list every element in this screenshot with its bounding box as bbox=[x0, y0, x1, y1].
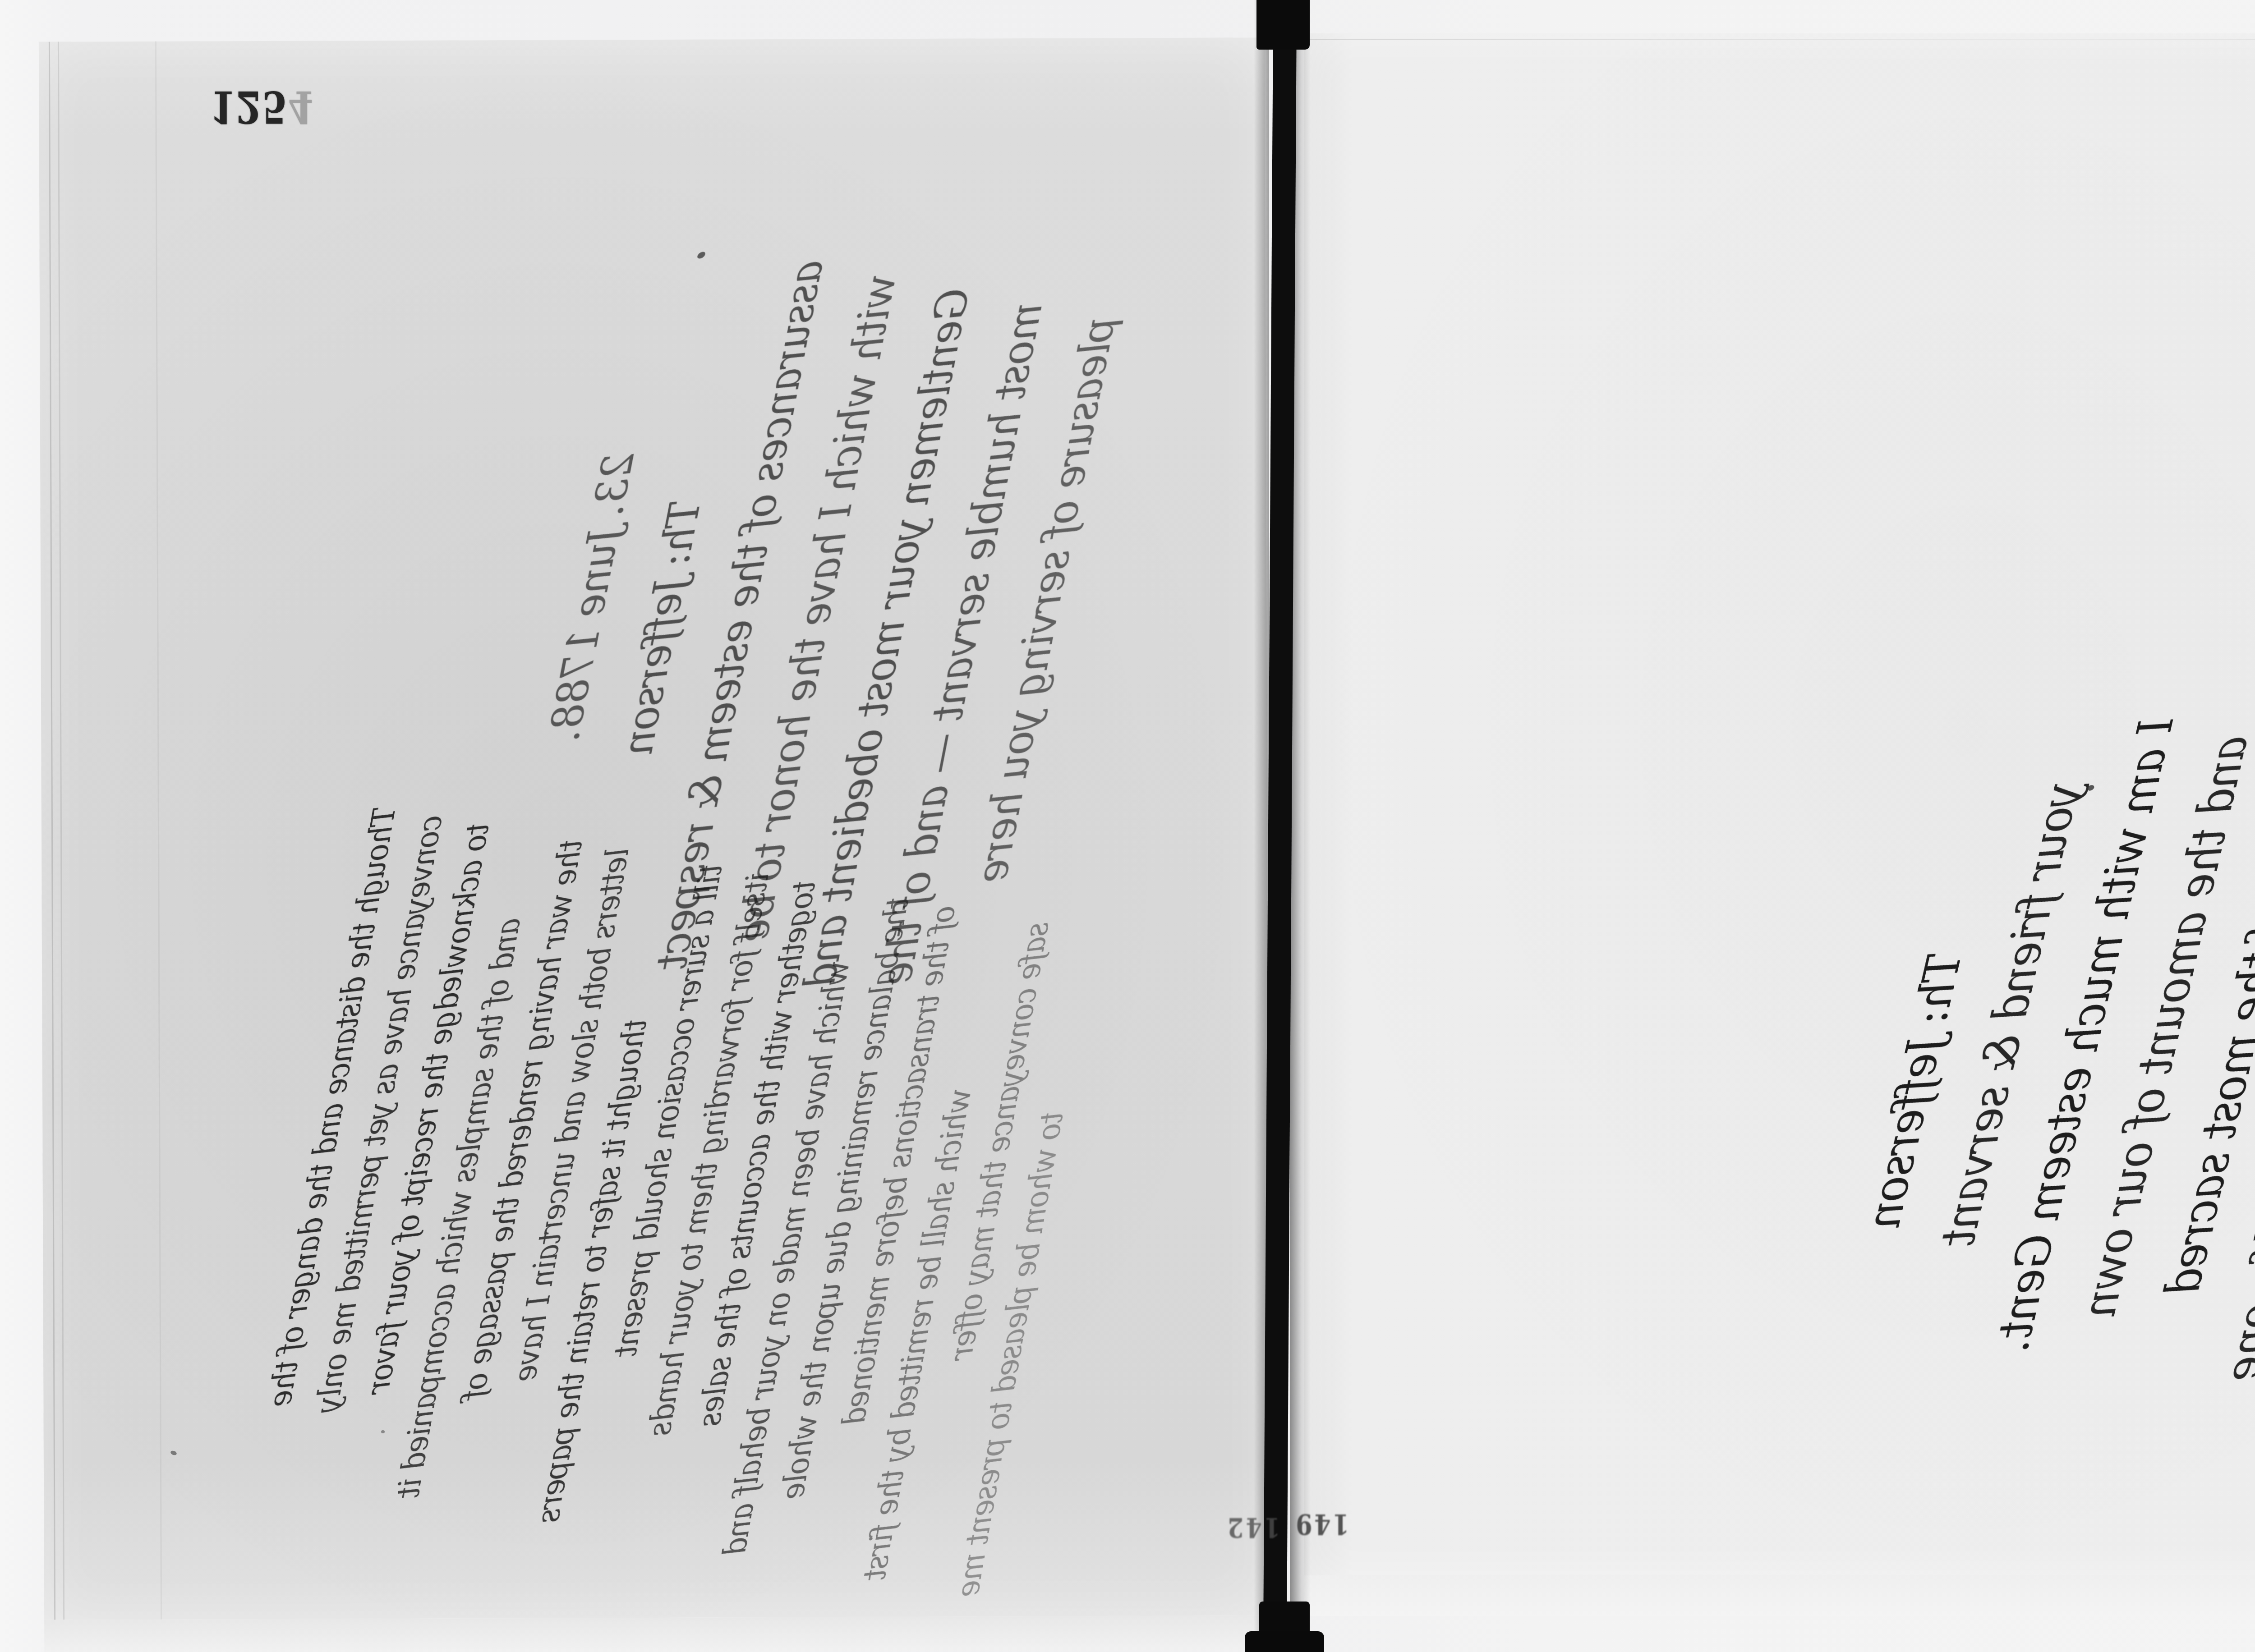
page-crease bbox=[58, 42, 64, 1620]
spine-clamp-bottom bbox=[1245, 1631, 1324, 1652]
page-crease bbox=[49, 42, 55, 1620]
page-edge bbox=[44, 1615, 1270, 1652]
page-crease bbox=[1304, 39, 2255, 40]
page-edge bbox=[1304, 1575, 2255, 1616]
page-crease bbox=[155, 41, 162, 1620]
frame-number-stamp-left: 142 bbox=[1225, 1511, 1280, 1543]
ink-speck bbox=[381, 1430, 385, 1433]
handwriting-block-lower-left: Though the distance and the danger of th… bbox=[245, 803, 1109, 1601]
frame-number-stamp-right: 149 bbox=[1294, 1508, 1349, 1541]
ghost-digit: 4 bbox=[288, 81, 314, 133]
spine-clamp-top bbox=[1256, 0, 1310, 50]
scanned-book-spread: 1254 126 142 149 23. June 1788.Th: Jeffe… bbox=[0, 0, 2255, 1652]
page-number: 125 bbox=[210, 81, 288, 133]
left-page-number-stamp: 1254 bbox=[210, 79, 291, 133]
handwriting-block-upper-left: 23. June 1788.Th: Jeffersonassurances of… bbox=[527, 225, 1137, 833]
